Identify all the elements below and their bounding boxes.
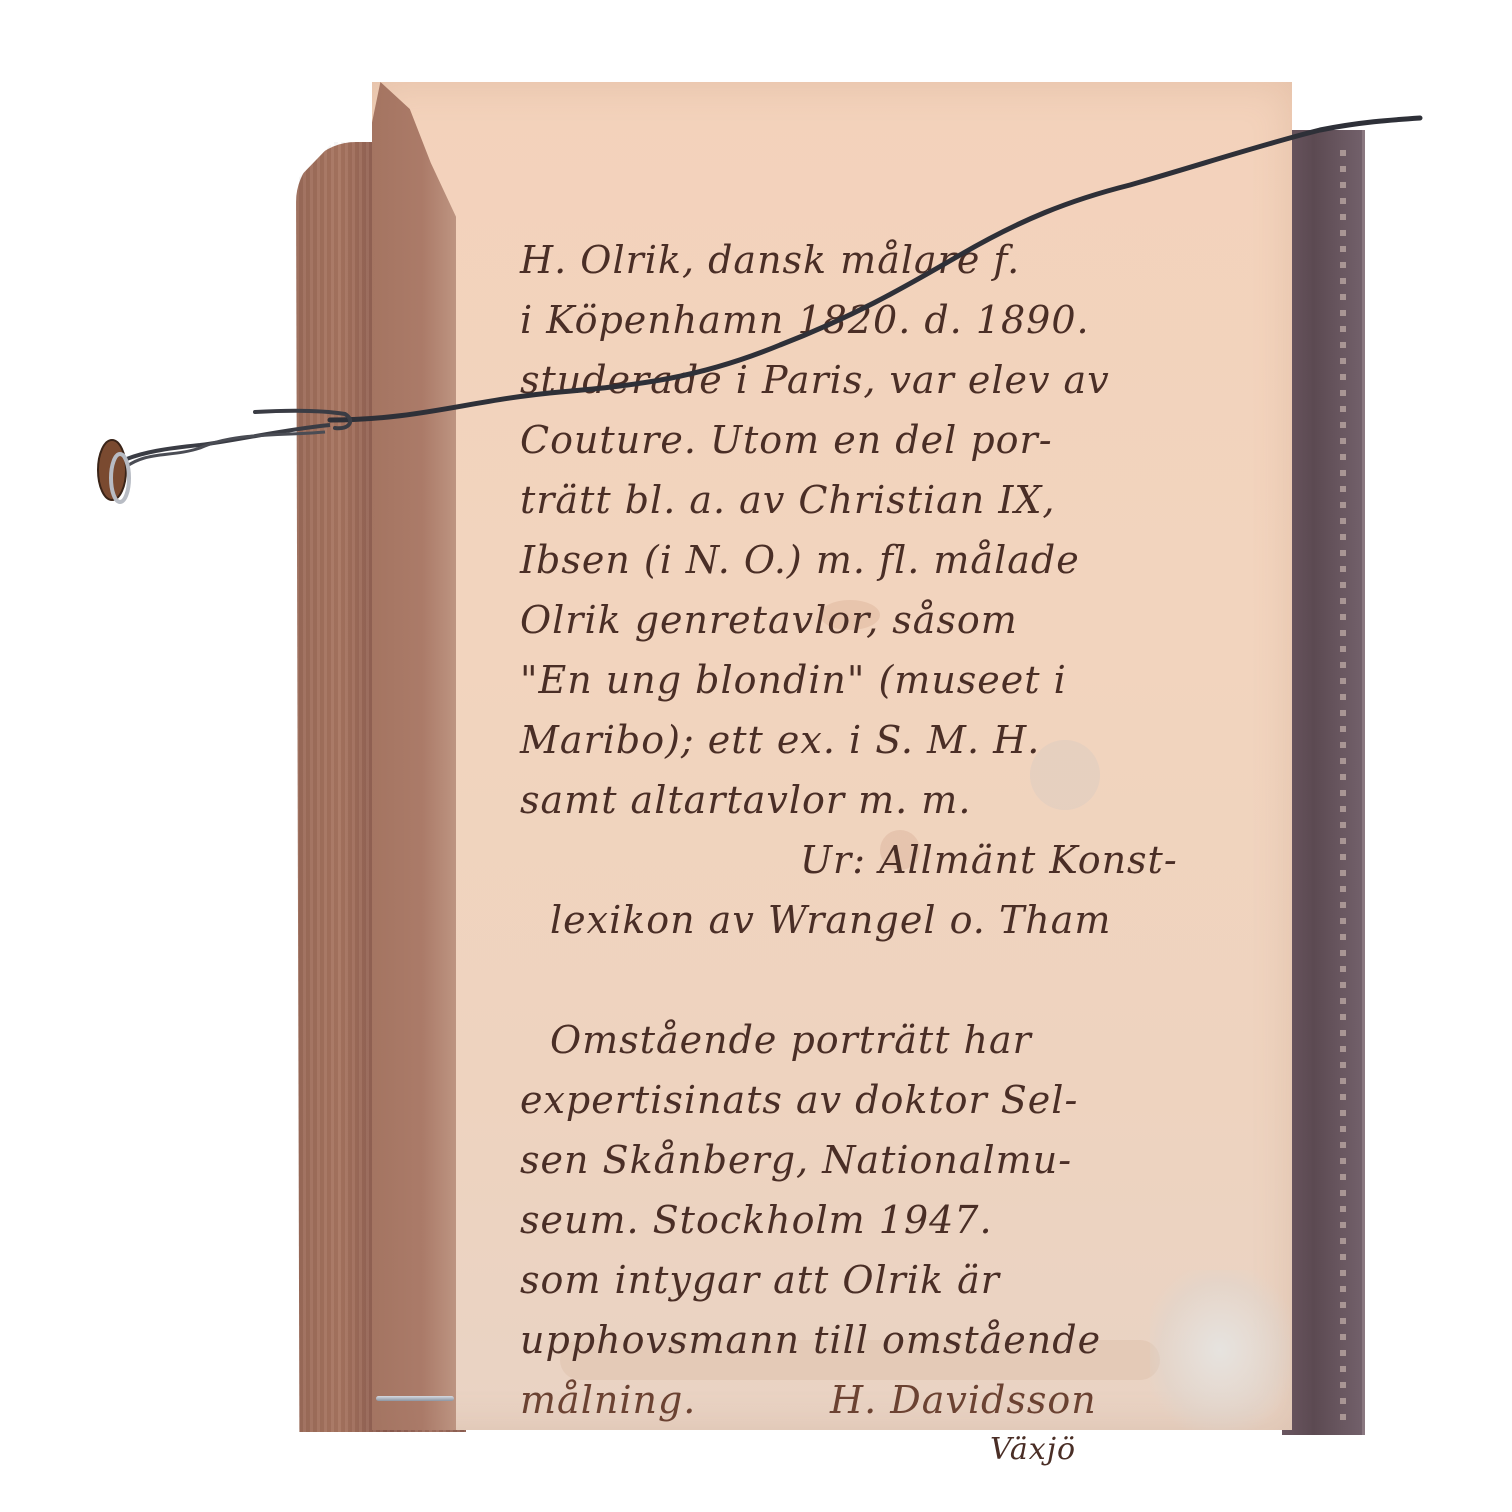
text-line-end: målning. xyxy=(520,1378,696,1422)
text-line: i Köpenhamn 1820. d. 1890. xyxy=(520,290,1280,350)
text-line: upphovsmann till omstående xyxy=(520,1310,1280,1370)
plastic-sleeve-edge xyxy=(1282,130,1365,1435)
text-line: som intygar att Olrik är xyxy=(520,1250,1280,1310)
text-line: expertisinats av doktor Sel- xyxy=(520,1070,1280,1130)
text-line: Couture. Utom en del por- xyxy=(520,410,1280,470)
frame-staple xyxy=(376,1396,454,1401)
text-line: H. Olrik, dansk målare f. xyxy=(520,230,1280,290)
text-line: Olrik genretavlor, såsom xyxy=(520,590,1280,650)
signature: H. Davidsson xyxy=(830,1370,1097,1430)
source-citation-line: lexikon av Wrangel o. Tham xyxy=(520,890,1280,950)
text-line: Omstående porträtt har xyxy=(520,1010,1280,1070)
text-line: samt altartavlor m. m. xyxy=(520,770,1280,830)
text-line: "En ung blondin" (museet i xyxy=(520,650,1280,710)
photo-stage: H. Olrik, dansk målare f. i Köpenhamn 18… xyxy=(0,0,1512,1512)
text-line: målning. H. Davidsson xyxy=(520,1370,1280,1430)
sleeve-perforation xyxy=(1340,140,1346,1420)
text-line: Ibsen (i N. O.) m. fl. målade xyxy=(520,530,1280,590)
handwritten-text: H. Olrik, dansk målare f. i Köpenhamn 18… xyxy=(520,230,1280,1470)
text-line: Maribo); ett ex. i S. M. H. xyxy=(520,710,1280,770)
text-line: studerade i Paris, var elev av xyxy=(520,350,1280,410)
signature-city: Växjö xyxy=(520,1430,1280,1470)
source-citation-line: Ur: Allmänt Konst- xyxy=(520,830,1280,890)
text-line: trätt bl. a. av Christian IX, xyxy=(520,470,1280,530)
frame-overlap-shadow xyxy=(372,82,456,1430)
text-line: seum. Stockholm 1947. xyxy=(520,1190,1280,1250)
text-line: sen Skånberg, Nationalmu- xyxy=(520,1130,1280,1190)
